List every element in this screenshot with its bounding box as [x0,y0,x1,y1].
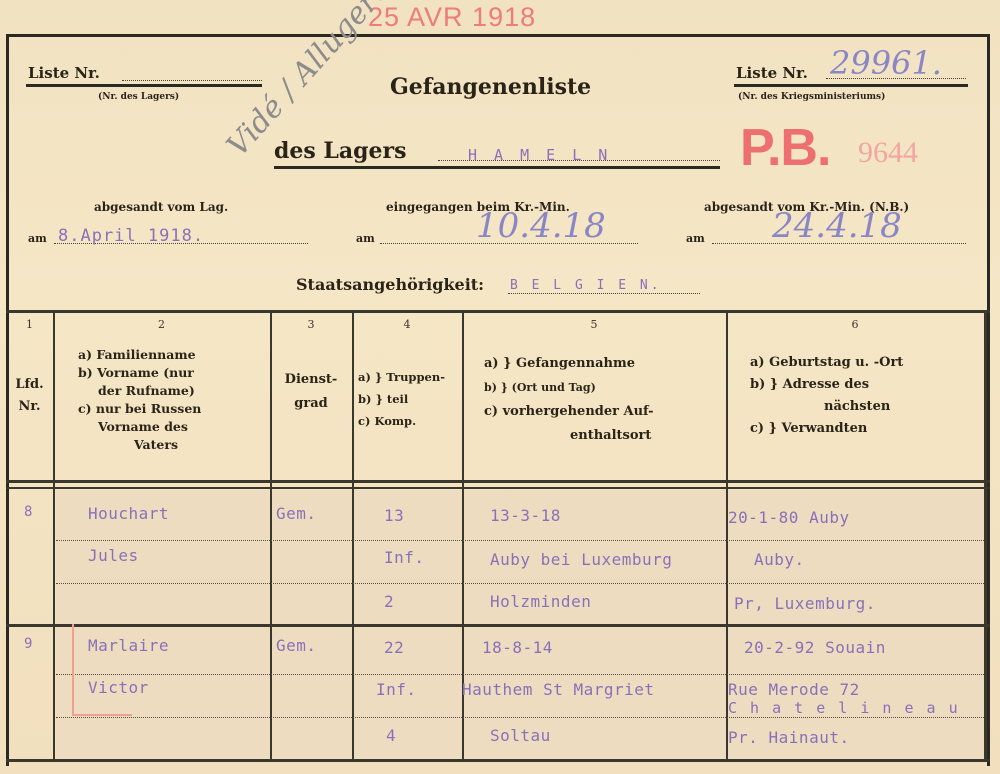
date-stamp: 25 AVR 1918 [368,2,536,33]
col-num-5: 5 [462,318,726,331]
table-right-border [984,310,987,762]
row-capture-c[interactable]: Holzminden [490,592,591,611]
header-line: b) } Adresse des [750,374,984,396]
header-line: Vaters [78,436,258,454]
header-line: b) Vorname (nur [78,364,258,382]
row-nr: 9 [24,636,33,652]
row-rank[interactable]: Gem. [276,636,317,655]
header-line: b) } (Ort und Tag) [484,376,724,400]
table-bottom-border [6,759,990,762]
sent-from-kr-min-prefix: am [686,232,705,245]
header-line: Vorname des [78,418,258,436]
header-line: a) } Truppen- [358,366,462,388]
table-top-border [6,310,990,313]
row-unit-c[interactable]: 4 [386,726,396,745]
liste-nr-right-value[interactable]: 29961. [830,44,942,82]
row-birth-b[interactable]: Rue Merode 72 [728,680,860,699]
header-line: c) } Verwandten [750,418,984,440]
header-line: a) } Gefangennahme [484,352,724,376]
header-line: der Rufname) [78,382,258,400]
header-line: c) nur bei Russen [78,400,258,418]
camp-value[interactable]: H A M E L N [468,146,611,164]
row-capture-a[interactable]: 13-3-18 [490,506,561,525]
camp-underline [274,166,720,169]
col-num-1: 1 [6,318,53,331]
row-unit-c[interactable]: 2 [384,592,394,611]
row-birth-a[interactable]: 20-2-92 Souain [744,638,886,657]
liste-nr-right-underline [734,84,968,87]
sent-from-kr-min-value[interactable]: 24.4.18 [772,206,902,246]
nationality-field [508,293,700,294]
header-rank: Dienst- grad [270,368,352,416]
row-birth-c[interactable]: Pr, Luxemburg. [734,594,876,613]
row-8-subline-1 [56,540,984,541]
row-unit-a[interactable]: 13 [384,506,404,525]
header-capture: a) } Gefangennahme b) } (Ort und Tag) c)… [484,352,724,448]
header-line: nächsten [750,396,984,418]
row-nr: 8 [24,504,33,520]
row-family-name[interactable]: Marlaire [88,636,169,655]
header-line: a) Familienname [78,346,258,364]
page-title: Gefangenenliste [390,74,591,100]
header-bottom-border-2 [6,487,990,489]
camp-field [438,160,720,161]
pb-stamp: P.B. [740,118,830,178]
row-9-subline-1 [56,674,984,675]
nationality-value[interactable]: B E L G I E N. [510,278,662,293]
row-9-subline-2 [56,717,984,718]
nationality-label: Staatsangehörigkeit: [296,275,484,294]
row-birth-b-extra[interactable]: C h a t e l i n e a u [728,699,960,717]
row-birth-b[interactable]: Auby. [754,550,805,569]
liste-nr-left-label: Liste Nr. [28,64,100,82]
col-num-3: 3 [270,318,352,331]
received-kr-min-prefix: am [356,232,375,245]
header-line: c) Komp. [358,410,462,432]
liste-nr-left-sublabel: (Nr. des Lagers) [98,92,179,102]
header-line: grad [270,392,352,416]
header-line: Lfd. [6,374,53,396]
liste-nr-right-field [826,78,966,79]
row-unit-b[interactable]: Inf. [384,548,425,567]
row-unit-b[interactable]: Inf. [376,680,417,699]
received-kr-min-value[interactable]: 10.4.18 [476,206,606,246]
header-bottom-border [6,480,990,483]
col-num-4: 4 [352,318,462,331]
row-8-bottom-border [6,624,990,627]
col-num-2: 2 [53,318,270,331]
header-birth-address: a) Geburtstag u. -Ort b) } Adresse des n… [750,352,984,440]
row-rank[interactable]: Gem. [276,504,317,523]
liste-nr-right-sublabel: (Nr. des Kriegsministeriums) [738,92,885,102]
header-line: c) vorhergehender Auf- [484,400,724,424]
col-divider-3 [352,310,354,762]
sent-from-camp-label: abgesandt vom Lag. [94,200,228,214]
row-capture-b[interactable]: Auby bei Luxemburg [490,550,672,569]
prisoner-table: 1 2 3 4 5 6 Lfd. Nr. a) Familienname b) … [6,310,990,762]
row-capture-c[interactable]: Soltau [490,726,551,745]
row-family-name[interactable]: Houchart [88,504,169,523]
camp-label: des Lagers [274,138,407,164]
liste-nr-left-underline [26,84,262,87]
header-line: Nr. [6,396,53,418]
liste-nr-left-field[interactable] [122,80,262,81]
row-capture-b[interactable]: Hauthem St Margriet [462,680,655,699]
sent-from-camp-prefix: am [28,232,47,245]
row-first-name[interactable]: Jules [88,546,139,565]
row-birth-a[interactable]: 20-1-80 Auby [728,508,850,527]
liste-nr-right-label: Liste Nr. [736,64,808,82]
row-first-name[interactable]: Victor [88,678,149,697]
pb-number-stamp: 9644 [858,136,918,170]
row-8-subline-2 [56,583,984,584]
col-divider-1 [53,310,55,762]
sent-from-camp-value[interactable]: 8.April 1918. [58,226,204,246]
col-num-6: 6 [726,318,984,331]
row-birth-c[interactable]: Pr. Hainaut. [728,728,850,747]
row-capture-a[interactable]: 18-8-14 [482,638,553,657]
row-unit-a[interactable]: 22 [384,638,404,657]
header-lfd-nr: Lfd. Nr. [6,374,53,418]
header-line: b) } teil [358,388,462,410]
header-line: Dienst- [270,368,352,392]
header-name: a) Familienname b) Vorname (nur der Rufn… [78,346,258,454]
header-line: a) Geburtstag u. -Ort [750,352,984,374]
header-line: enthaltsort [484,424,724,448]
header-unit: a) } Truppen- b) } teil c) Komp. [358,366,462,432]
